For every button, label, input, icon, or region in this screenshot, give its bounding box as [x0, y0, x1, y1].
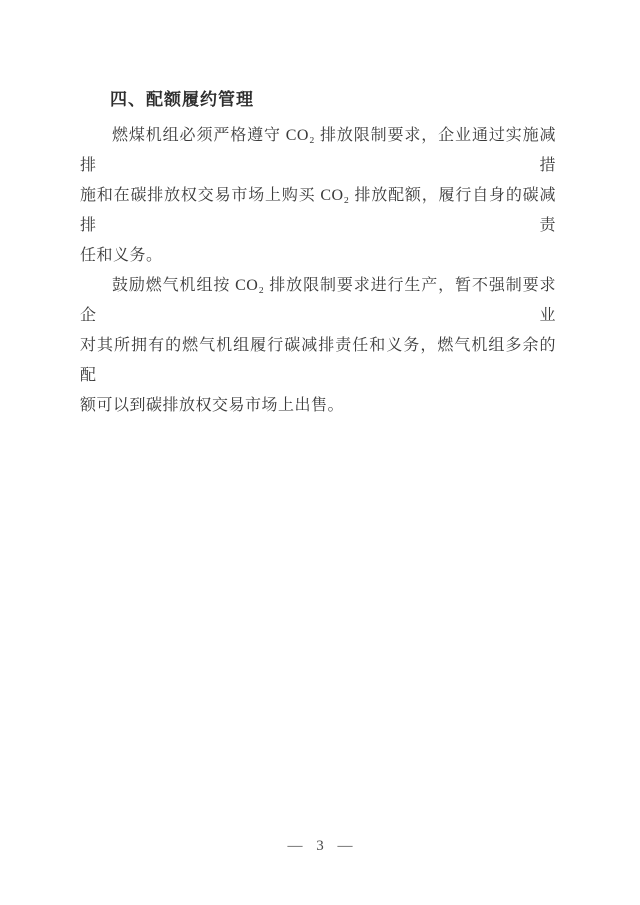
body-line: 施和在碳排放权交易市场上购买 CO₂ 排放配额，履行自身的碳减排责 — [80, 181, 556, 241]
body-line: 燃煤机组必须严格遵守 CO₂ 排放限制要求，企业通过实施减排措 — [80, 121, 556, 181]
body-line: 鼓励燃气机组按 CO₂ 排放限制要求进行生产，暂不强制要求企业 — [80, 271, 556, 331]
body-line: 任和义务。 — [80, 241, 556, 271]
body-line: 对其所拥有的燃气机组履行碳减排责任和义务，燃气机组多余的配 — [80, 331, 556, 391]
paragraph: 燃煤机组必须严格遵守 CO₂ 排放限制要求，企业通过实施减排措 施和在碳排放权交… — [80, 121, 556, 271]
paragraph: 鼓励燃气机组按 CO₂ 排放限制要求进行生产，暂不强制要求企业 对其所拥有的燃气… — [80, 271, 556, 421]
document-body: 四、配额履约管理 燃煤机组必须严格遵守 CO₂ 排放限制要求，企业通过实施减排措… — [80, 88, 556, 421]
document-page: { "doc": { "heading": "四、配额履约管理", "parag… — [0, 0, 640, 905]
body-line: 额可以到碳排放权交易市场上出售。 — [80, 391, 556, 421]
page-number: — 3 — — [0, 836, 640, 856]
section-heading: 四、配额履约管理 — [80, 88, 556, 112]
